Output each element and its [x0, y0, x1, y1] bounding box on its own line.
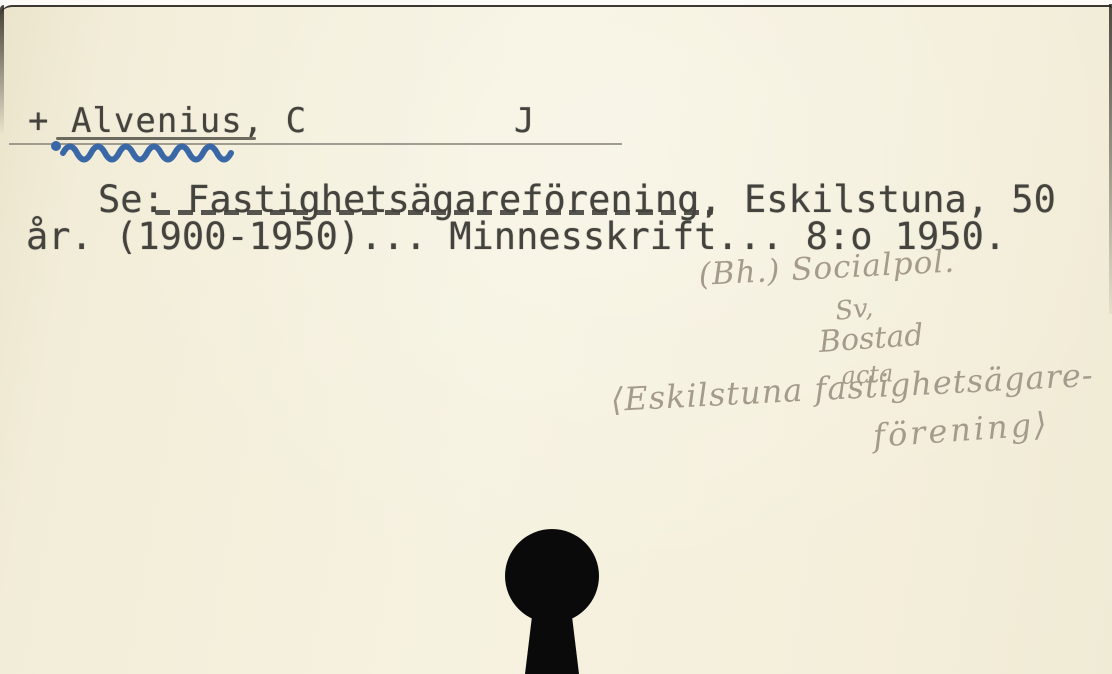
pencil-note-abbrev: Sv, — [834, 295, 874, 325]
heading-second-initial: J — [514, 104, 534, 138]
catalog-card-scan: + Alvenius, C J Se: Fastighetsägarefören… — [0, 0, 1112, 674]
heading-author-name: + Alvenius, C — [28, 104, 307, 138]
wavy-underline-mark — [49, 137, 261, 163]
rod-hole-keyhole-icon — [497, 524, 609, 674]
pencil-note-subject: Bostad — [818, 321, 924, 358]
card-left-edge-shadow — [0, 5, 4, 135]
